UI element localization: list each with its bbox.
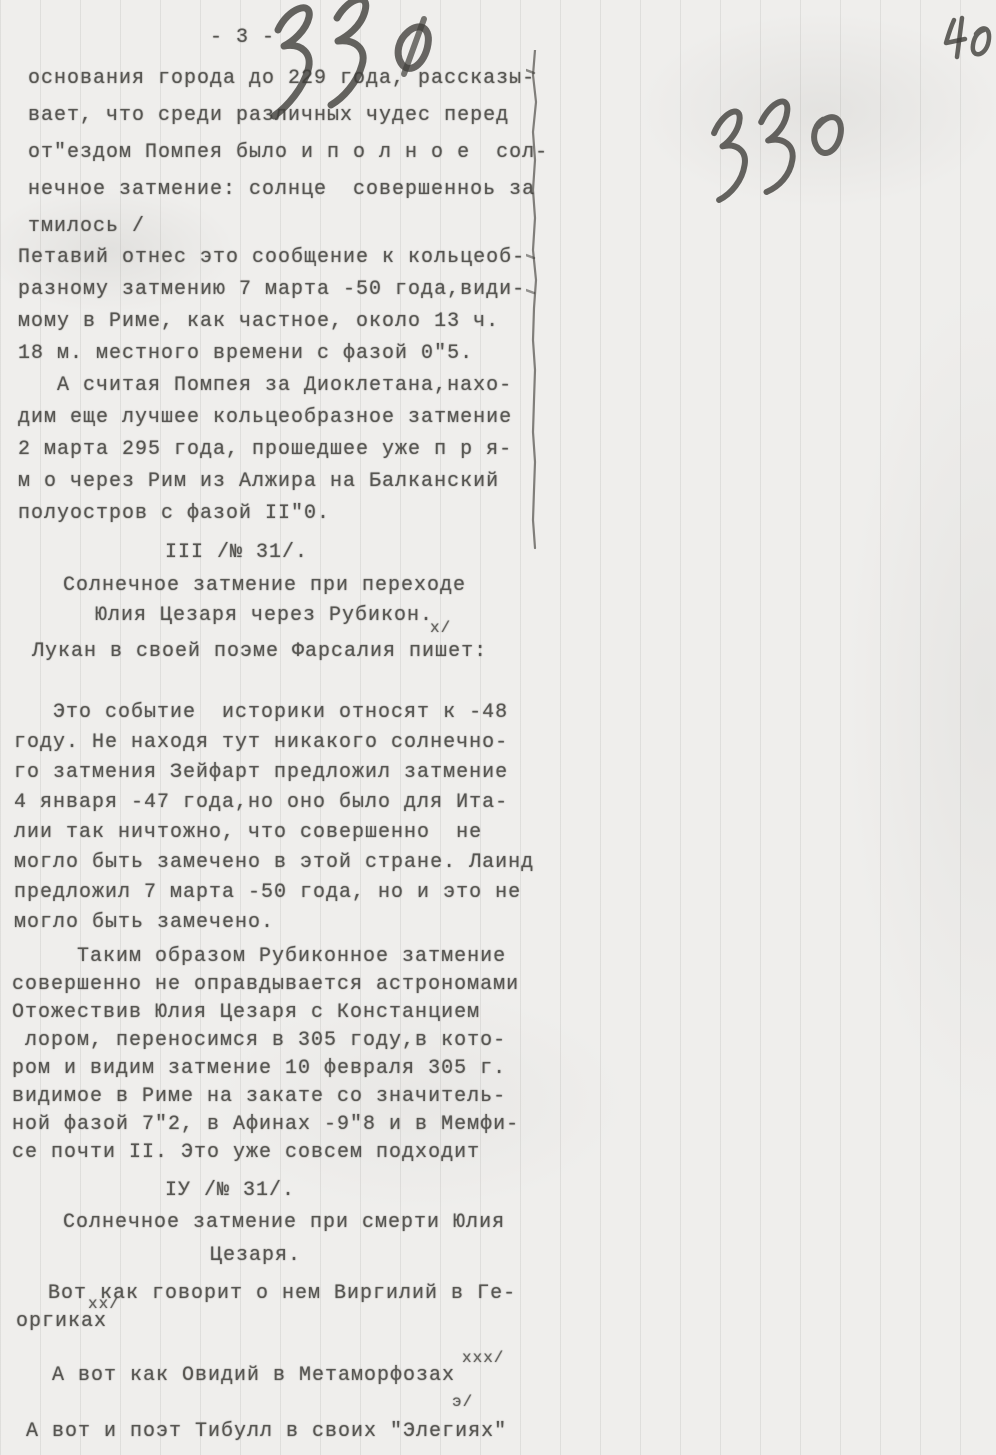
tibullus-elegies-line: А вот и поэт Тибулл в своих "Элегиях" [26, 1416, 507, 1448]
footnote-mark-pharsalia: х/ [430, 620, 451, 636]
paragraph-rubicon-conclusion: Таким образом Рубиконное затмение соверш… [12, 943, 519, 1167]
footnote-mark-metamorphoses: ххх/ [462, 1350, 504, 1366]
footnote-mark-elegies: э/ [452, 1394, 473, 1410]
handwritten-330-right [693, 85, 873, 210]
scanned-document-page: - 3 - основания города до 229 года, расс… [0, 0, 996, 1455]
paragraph-seyffarth-lynd: Это событие историки относят к -48 году.… [14, 698, 534, 938]
section-iii-subtitle-line2: Юлия Цезаря через Рубикон. [95, 600, 433, 632]
section-iii-heading: III /№ 31/. [165, 537, 308, 569]
ovid-metamorphoses-line: А вот как Овидий в Метаморфозах [52, 1360, 455, 1392]
virgil-georgics-line-wrap: оргиках [16, 1306, 107, 1338]
section-iv-subtitle-line2: Цезаря. [210, 1240, 301, 1272]
lucan-intro-line: Лукан в своей поэме Фарсалия пишет: [32, 636, 487, 668]
page-edge-line [526, 50, 546, 550]
paragraph-petavius-eclipse: Петавий отнес это сообщение к кольцеоб- … [18, 242, 525, 530]
section-iii-subtitle-line1: Солнечное затмение при переходе [63, 570, 466, 602]
handwritten-330-top [252, 0, 447, 126]
section-iv-subtitle-line1: Солнечное затмение при смерти Юлия [63, 1207, 505, 1239]
section-iv-heading: IУ /№ 31/. [165, 1175, 295, 1207]
handwritten-40-corner [940, 12, 996, 66]
